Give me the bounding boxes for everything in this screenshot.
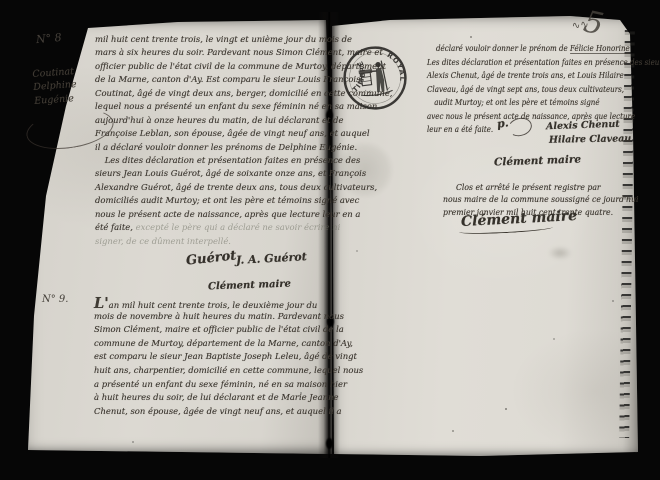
manuscript-line: aujourd'hui à onze heures du matin, de l…: [95, 115, 393, 128]
manuscript-line: commune de Murtoy, département de la Mar…: [94, 338, 363, 352]
timbre-royal-stamp: TIMBRE ROYAL: [337, 40, 413, 116]
line-faint-part: excepté le père qui a déclaré ne savoir …: [133, 223, 340, 233]
scanned-register-spread: N° 8 Coutinat Delphine Eugénie N° 9. mil…: [0, 0, 660, 480]
manuscript-line: à huit heures du soir, de lui déclarant …: [94, 392, 363, 406]
signature-witness-hilaire: Hilaire Claveau: [549, 133, 631, 145]
manuscript-line: Claveau, âgé de vingt sept ans, tous deu…: [427, 83, 660, 97]
manuscript-line: mil huit cent trente trois, le vingt et …: [95, 34, 393, 47]
child-name-underlined: Félicie Honorine: [570, 44, 630, 54]
paper-specks: [0, 0, 2, 2]
manuscript-line: huit ans, charpentier, domicilié en cett…: [94, 365, 363, 379]
act9-text-block-right: déclaré vouloir donner le prénom de Féli…: [427, 42, 660, 137]
act9-text-block-left: L'an mil huit cent trente trois, le deux…: [94, 297, 363, 419]
line-dark-part: été faite,: [95, 223, 133, 233]
manuscript-line-faint: signer, de ce dûment interpellé.: [95, 236, 393, 249]
manuscript-line: nous maire de la commune soussigné ce jo…: [443, 193, 639, 205]
manuscript-line: avec nous le présent acte de naissance, …: [427, 110, 660, 124]
manuscript-line: Les dites déclaration et présentation fa…: [427, 56, 660, 70]
manuscript-line: est comparu le sieur Jean Baptiste Josep…: [94, 351, 363, 365]
manuscript-line: nous le présent acte de naissance, après…: [95, 209, 393, 222]
page-number-squiggle: ∿∿: [571, 19, 589, 32]
manuscript-line: L'an mil huit cent trente trois, le deux…: [94, 297, 363, 311]
manuscript-line: domiciliés audit Murtoy; et ont les père…: [95, 195, 393, 208]
act9-margin-number: N° 9.: [42, 294, 68, 305]
manuscript-line: a présenté un enfant du sexe féminin, né…: [94, 379, 363, 393]
manuscript-line: Les dites déclaration et présentation fa…: [105, 155, 393, 168]
manuscript-line: Alexis Chenut, âgé de trente trois ans, …: [427, 69, 660, 83]
act8-margin-number: N° 8: [35, 31, 62, 46]
manuscript-line: déclaré vouloir donner le prénom de Féli…: [436, 42, 660, 56]
manuscript-line: sieurs Jean Louis Guérot, âgé de soixant…: [95, 168, 393, 181]
line-text: déclaré vouloir donner le prénom de: [436, 44, 570, 53]
manuscript-line: il a déclaré vouloir donner les prénoms …: [95, 142, 393, 155]
manuscript-line: audit Murtoy; et ont les père et témoins…: [434, 96, 660, 110]
manuscript-line: Chenut, son épouse, âgée de vingt neuf a…: [94, 406, 363, 420]
binding-stitch: [326, 438, 333, 449]
ink-smudge: [548, 246, 572, 260]
manuscript-line: Simon Clément, maire et officier public …: [94, 324, 363, 338]
manuscript-line: été faite, excepté le père qui a déclaré…: [95, 222, 393, 235]
manuscript-line: Clos et arrêté le présent registre par: [456, 181, 639, 193]
manuscript-line: mois de novembre à huit heures du matin.…: [94, 311, 363, 325]
manuscript-line: Françoise Leblan, son épouse, âgée de vi…: [95, 128, 393, 141]
manuscript-line: Alexandre Guérot, âgé de trente deux ans…: [95, 182, 393, 195]
